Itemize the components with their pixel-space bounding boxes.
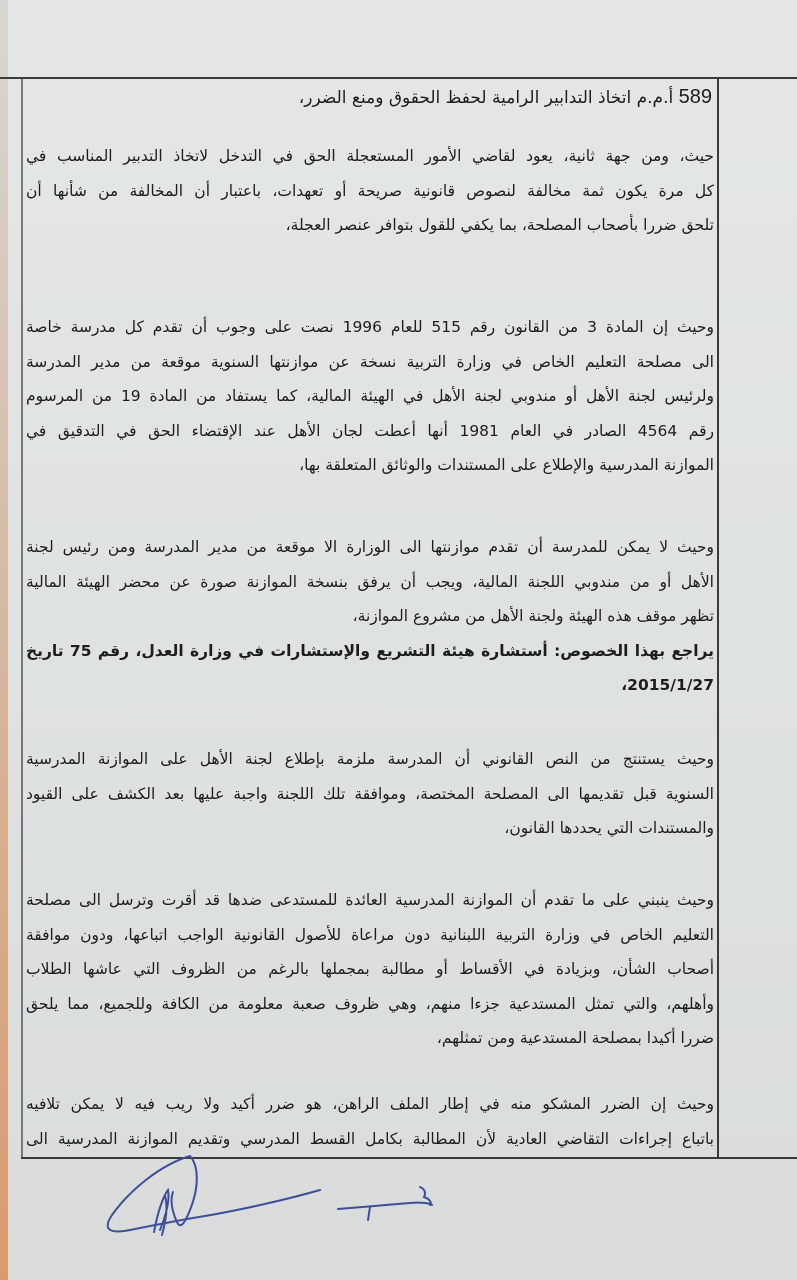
paragraph-damage: وحيث إن الضرر المشكو منه في إطار الملف ا… [26,1087,714,1156]
text-line: وأهلهم، والتي تمثل المستدعية جزءا منهم، … [26,987,714,1022]
text-line: التعليم الخاص في وزارة التربية اللبنانية… [26,918,714,953]
paragraph-budget-signing: وحيث لا يمكن للمدرسة أن تقدم موازنتها ال… [26,530,714,703]
text-line: وحيث إن الضرر المشكو منه في إطار الملف ا… [26,1087,714,1122]
text-line: تلحق ضررا بأصحاب المصلحة، بما يكفي للقول… [26,208,714,243]
paragraph-budget-approved: وحيث ينبني على ما تقدم أن الموازنة المدر… [26,883,714,1056]
reference-line: يراجع بهذا الخصوص: أستشارة هيئة التشريع … [26,634,714,669]
heading-number: 589 [679,86,712,108]
text-line: السنوية قبل تقديمها الى المصلحة المختصة،… [26,777,714,812]
margin-rule [717,77,719,1159]
text-line: ضررا أكيدا بمصلحة المستدعية ومن تمثلهم، [26,1021,714,1056]
paragraph-law-515: وحيث إن المادة 3 من القانون رقم 515 للعا… [26,310,714,483]
text-line: وحيث لا يمكن للمدرسة أن تقدم موازنتها ال… [26,530,714,565]
text-line: وحيث إن المادة 3 من القانون رقم 515 للعا… [26,310,714,345]
section-heading: 589 أ.م.م اتخاذ التدابير الرامية لحفظ ال… [299,86,712,109]
text-line: والمستندات التي يحددها القانون، [26,811,714,846]
text-line: كل مرة يكون ثمة مخالفة لنصوص قانونية صري… [26,174,714,209]
heading-text: أ.م.م اتخاذ التدابير الرامية لحفظ الحقوق… [299,88,673,108]
reference-date: 2015/1/27، [26,668,714,703]
text-line: رقم 4564 الصادر في العام 1981 أنها أعطت … [26,414,714,449]
top-rule [0,77,797,79]
text-line: أصحاب الشأن، وبزيادة في الأقساط أو مطالب… [26,952,714,987]
text-line: وحيث ينبني على ما تقدم أن الموازنة المدر… [26,883,714,918]
paragraph-urgency: حيث، ومن جهة ثانية، يعود لقاضي الأمور ال… [26,139,714,243]
text-line: الأهل أو من مندوبي اللجنة المالية، ويجب … [26,565,714,600]
text-line: حيث، ومن جهة ثانية، يعود لقاضي الأمور ال… [26,139,714,174]
paragraph-conclusion-law: وحيث يستنتج من النص القانوني أن المدرسة … [26,742,714,846]
text-line: وحيث يستنتج من النص القانوني أن المدرسة … [26,742,714,777]
text-line: الى مصلحة التعليم الخاص في وزارة التربية… [26,345,714,380]
signature-right-initials [330,1185,450,1235]
text-line: الموازنة المدرسية والإطلاع على المستندات… [26,448,714,483]
text-line: تظهر موقف هذه الهيئة ولجنة الأهل من مشرو… [26,599,714,634]
text-line: ولرئيس لجنة الأهل أو مندوبي لجنة الأهل ف… [26,379,714,414]
left-border [21,79,23,1159]
